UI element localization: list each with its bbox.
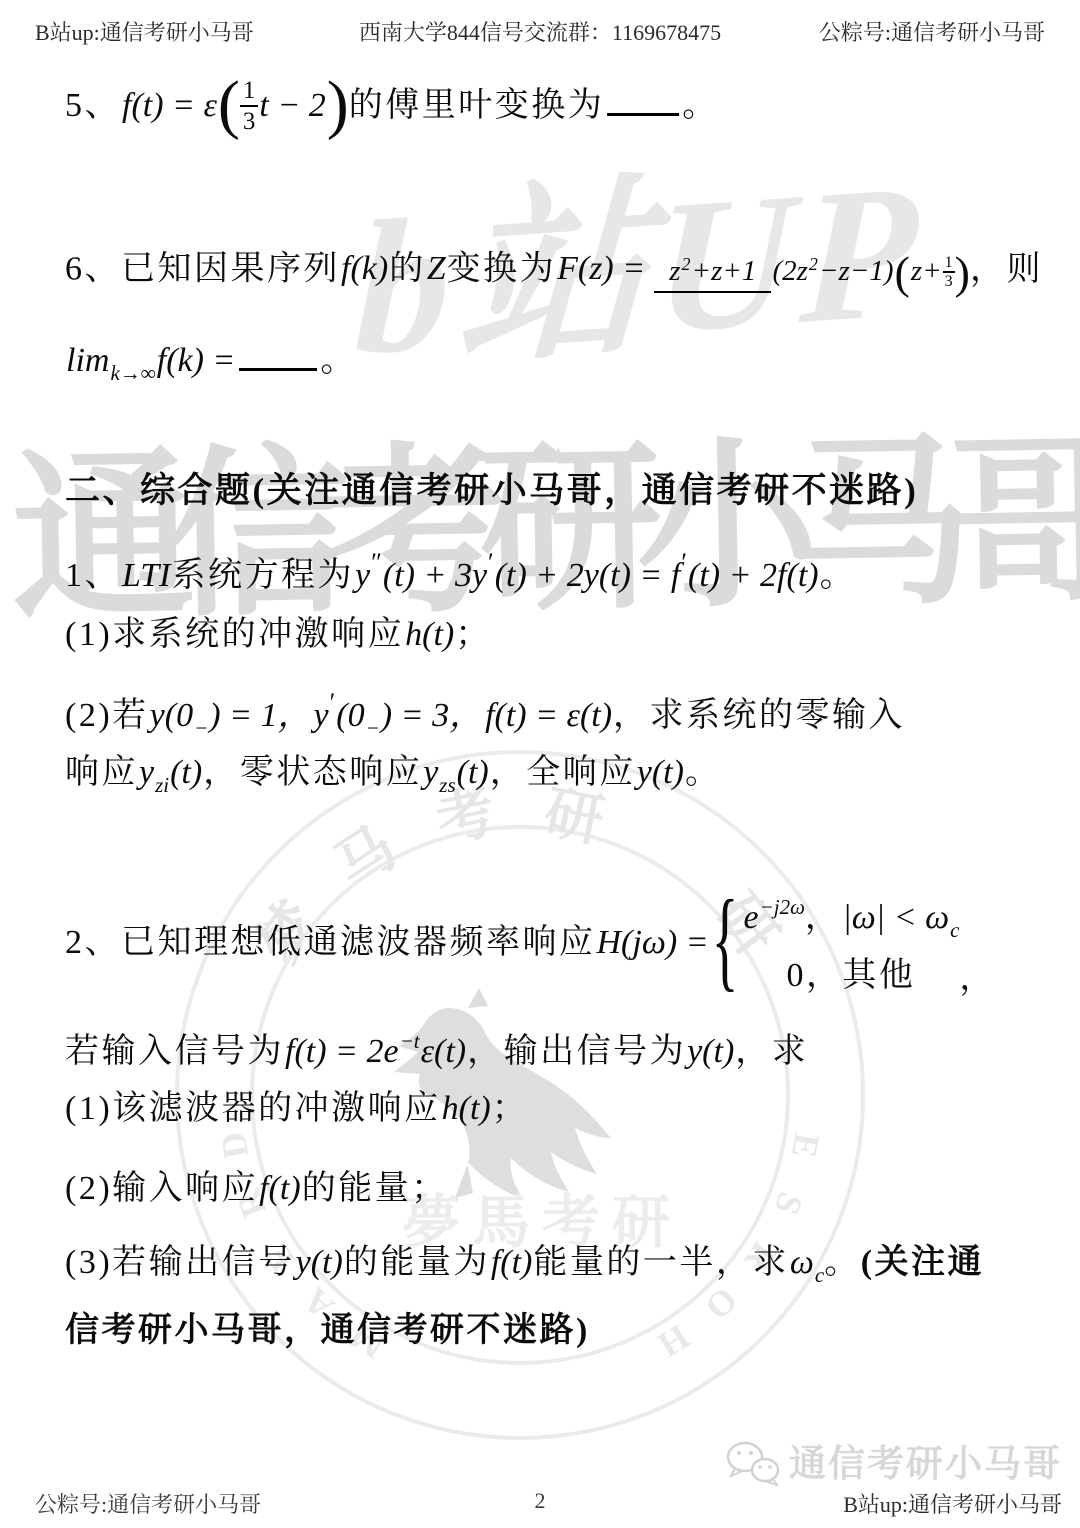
comma: ， — [959, 959, 996, 999]
period: 。 — [320, 342, 357, 379]
math: +z+1 — [691, 255, 758, 287]
item-text: 响应 — [65, 754, 138, 791]
math: ) = 1， — [208, 697, 312, 734]
limit-subscript: k→∞ — [110, 361, 155, 385]
question-2-item-2: (2)输入响应f(t)的能量； — [65, 1166, 448, 1212]
question-2-item-1: (1)该滤波器的冲激响应h(t)； — [65, 1086, 528, 1132]
math: (0 — [335, 697, 365, 734]
promo-text: 信考研小马哥，通信考研不迷路) — [65, 1312, 590, 1349]
math: z+ — [910, 255, 943, 287]
period: 。 — [685, 754, 722, 791]
math: (t) + 3y — [382, 557, 488, 594]
double-prime: ″ — [371, 548, 382, 577]
item-text: ，全响应 — [490, 754, 636, 791]
item-text: (3)若输出信号 — [65, 1244, 295, 1281]
question-text: ，输出信号为 — [467, 1033, 686, 1070]
item-text: 的能量为 — [344, 1244, 490, 1281]
math: f(t) = 2e — [284, 1033, 400, 1070]
math: F(z) = — [556, 250, 646, 287]
math: y — [422, 754, 439, 791]
math: (t) + 2f(t) — [687, 557, 820, 594]
footer-right: B站up:通信考研小马哥 — [843, 1488, 1062, 1519]
math: ω — [789, 1244, 815, 1281]
math: LTI — [121, 557, 171, 594]
math: y — [138, 754, 155, 791]
fraction-denominator: (2z2−z−1)(z+13) — [771, 252, 970, 287]
fraction-one-third: 13 — [943, 254, 955, 290]
math: y — [313, 697, 330, 734]
promo-text: (关注通 — [861, 1244, 984, 1281]
question-text: ，求 — [735, 1033, 808, 1070]
question-text: 变换为 — [447, 250, 557, 287]
item-text: (1)求系统的冲激响应 — [65, 616, 404, 653]
fraction-denominator: 3 — [945, 273, 953, 290]
period: 。 — [824, 1244, 861, 1281]
question-5: 5、f(t) = ε(13t − 2)的傅里叶变换为。 — [65, 74, 719, 138]
fraction-numerator: 1 — [943, 254, 955, 273]
exponent: −t — [400, 1029, 420, 1053]
math: ) = 3， — [380, 697, 484, 734]
right-paren: ) — [955, 253, 970, 293]
left-brace: { — [712, 885, 739, 997]
question-number: 6、 — [65, 250, 121, 287]
math: f(t) = ε(t) — [484, 697, 613, 734]
exponent: −j2ω — [760, 895, 805, 919]
question-text: 系统方程为 — [171, 557, 354, 594]
z-transform-fraction: z2+z+1(2z2−z−1)(z+13)，则 — [654, 208, 1043, 327]
section-title-text: 二、综合题(关注通信考研小马哥，通信考研不迷路) — [65, 471, 918, 510]
math: f(t) — [490, 1244, 534, 1281]
math: z — [668, 255, 681, 287]
question-6-limit: limk→∞f(k) =。 — [65, 338, 357, 396]
subscript-zs: zs — [439, 773, 455, 797]
math: y(t) — [636, 754, 685, 791]
math: 0，其他 — [786, 957, 915, 994]
item-text: 能量的一半，求 — [533, 1244, 789, 1281]
item-text: (2)若 — [65, 697, 149, 734]
document-content: B站up:通信考研小马哥 西南大学844信号交流群：1169678475 公粽号… — [0, 0, 1080, 1528]
semicolon: ； — [492, 1090, 529, 1127]
question-2: 2、已知理想低通滤波器频率响应H(jω) ={e−j2ω，|ω| < ωc0，其… — [65, 884, 996, 1003]
math: f(t) — [258, 1170, 302, 1207]
math: (t) — [456, 754, 490, 791]
item-text: (1)该滤波器的冲激响应 — [65, 1090, 441, 1127]
semicolon: ； — [455, 616, 492, 653]
period: 。 — [820, 557, 857, 594]
question-2-item-3-wrap: 信考研小马哥，通信考研不迷路) — [65, 1308, 590, 1354]
question-text: 已知理想低通滤波器频率响应 — [121, 924, 596, 961]
item-text: 的能量； — [302, 1170, 448, 1207]
question-1-item-1: (1)求系统的冲激响应h(t)； — [65, 612, 492, 658]
exponent: 2 — [682, 254, 691, 274]
math: y(t) — [295, 1244, 344, 1281]
period: 。 — [682, 87, 719, 124]
math-lim: lim — [65, 342, 110, 379]
fraction-denominator: 3 — [240, 107, 259, 135]
math: f(k) — [340, 250, 389, 287]
math: y — [354, 557, 371, 594]
math: y(0 — [149, 697, 194, 734]
math: t − 2 — [258, 87, 326, 124]
left-paren: ( — [218, 76, 240, 134]
subscript-minus: − — [194, 716, 208, 740]
question-number: 2、 — [65, 924, 121, 961]
subscript-c: c — [815, 1263, 824, 1287]
math: H(jω) = — [596, 924, 710, 961]
question-2-item-3: (3)若输出信号y(t)的能量为f(t)能量的一半，求ωc。(关注通 — [65, 1240, 984, 1298]
question-1-item-2: (2)若y(0−) = 1，y′(0−) = 3，f(t) = ε(t)，求系统… — [65, 680, 905, 751]
question-number: 1、 — [65, 557, 121, 594]
math: f(t) = ε — [121, 87, 218, 124]
question-1-item-2-wrap: 响应yzi(t)，零状态响应yzs(t)，全响应y(t)。 — [65, 750, 721, 808]
math: (2z — [771, 255, 808, 287]
math: h(t) — [441, 1090, 492, 1127]
math: h(t) — [404, 616, 455, 653]
item-text: (2)输入响应 — [65, 1170, 258, 1207]
section-title: 二、综合题(关注通信考研小马哥，通信考研不迷路) — [65, 468, 918, 514]
question-number: 5、 — [65, 87, 121, 124]
math: f(k) = — [156, 342, 237, 379]
piecewise-function: {e−j2ω，|ω| < ωc0，其他， — [710, 884, 996, 999]
subscript-zi: zi — [155, 773, 169, 797]
math: −z−1) — [818, 255, 895, 287]
math: ε(t) — [420, 1033, 468, 1070]
question-text: 的 — [389, 250, 426, 287]
subscript-minus: − — [366, 716, 380, 740]
question-2-continued: 若输入信号为f(t) = 2e−tε(t)，输出信号为y(t)，求 — [65, 1018, 808, 1075]
answer-blank — [239, 338, 317, 371]
item-text: ，零状态响应 — [203, 754, 422, 791]
item-text: ，求系统的零输入 — [613, 697, 905, 734]
math: |ω| < ω — [841, 899, 950, 936]
fraction-one-third: 13 — [240, 77, 259, 135]
question-text: ，则 — [970, 251, 1043, 288]
question-text: 的傅里叶变换为 — [349, 87, 605, 124]
exponent: 2 — [809, 254, 818, 274]
math: (t) — [169, 754, 203, 791]
question-text: 已知因果序列 — [121, 250, 340, 287]
right-paren: ) — [327, 76, 349, 134]
math: (t) + 2y(t) = f — [494, 557, 682, 594]
fraction-numerator: z2+z+1 — [654, 255, 771, 293]
piecewise-row-top: e−j2ω，|ω| < ωc — [742, 884, 959, 953]
fraction-numerator: 1 — [240, 77, 259, 107]
subscript-c: c — [950, 918, 959, 942]
header-right: 公粽号:通信考研小马哥 — [819, 16, 1045, 47]
piecewise-rows: e−j2ω，|ω| < ωc0，其他 — [742, 884, 959, 999]
question-text: 若输入信号为 — [65, 1033, 284, 1070]
question-1: 1、LTI系统方程为y″(t) + 3y′(t) + 2y(t) = f′(t)… — [65, 540, 856, 599]
comma: ， — [805, 899, 842, 936]
question-6: 6、已知因果序列f(k)的Z变换为F(z) =z2+z+1(2z2−z−1)(z… — [65, 212, 1051, 331]
piecewise-row-bottom: 0，其他 — [786, 953, 915, 999]
prime: ′ — [488, 548, 494, 577]
math: Z — [426, 250, 447, 287]
document-page: b站UP 通信考研小马哥 梦 马 考 研 研 D R E A M H O R S… — [0, 0, 1080, 1528]
left-paren: ( — [894, 253, 909, 293]
math: e — [742, 899, 759, 936]
answer-blank — [607, 83, 679, 116]
math: y(t) — [686, 1033, 735, 1070]
